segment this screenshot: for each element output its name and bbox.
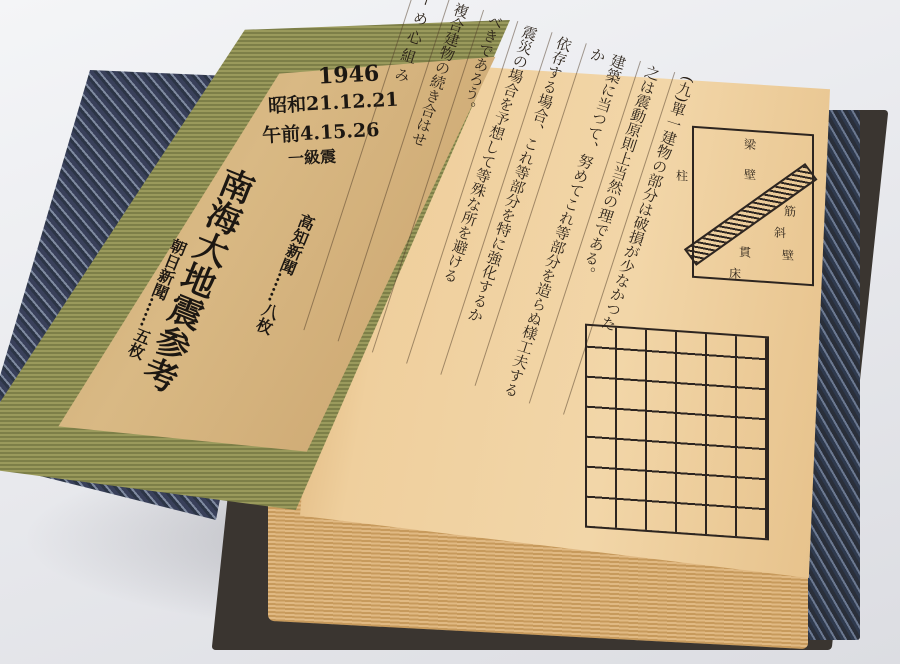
- building-frame-sketch: [585, 324, 769, 541]
- cover-kind: 一級震: [287, 144, 336, 169]
- diagram-label: 壁: [744, 165, 756, 183]
- diagram-label: 床: [729, 264, 741, 282]
- diagram-label: 壁: [782, 246, 794, 264]
- braced-wall-sketch: 梁 壁 柱 筋 斜 壁 貫 床: [692, 126, 814, 287]
- diagram-label: 梁: [744, 135, 756, 153]
- diagram-label: 斜: [774, 223, 786, 241]
- diagram-label: 筋: [784, 202, 796, 220]
- photo-scene: 1946 昭和21.12.21 午前4.15.26 一級震 南海大地震参考 高知…: [0, 0, 900, 664]
- diagram-label: 柱: [676, 167, 688, 185]
- diagram-label: 貫: [739, 243, 751, 261]
